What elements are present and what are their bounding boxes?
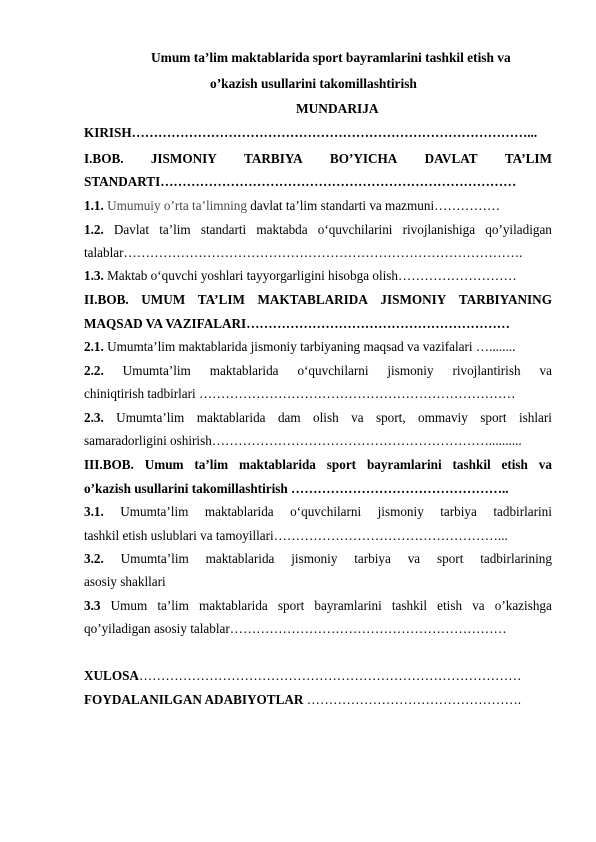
xulosa-label: XULOSA: [84, 668, 139, 683]
word: jismoniy: [378, 504, 424, 520]
toc-entry-chapter-1: I.BOB.JISMONIYTARBIYABO’YICHADAVLATTA’LI…: [84, 151, 552, 167]
word: tarbiya: [440, 504, 477, 520]
word: sport,: [376, 410, 406, 426]
toc-entry-3-1-cont: tashkil etish uslublari va tamoyillari………: [84, 528, 552, 544]
section-number: 1.1.: [84, 198, 104, 213]
word: tashkil: [392, 598, 427, 614]
word: BO’YICHA: [330, 151, 397, 167]
word: UMUM: [141, 292, 185, 308]
word: o‘quvchilarni: [290, 504, 361, 520]
toc-entry-2-3: 2.3.Umumta’limmaktablaridadamolishvaspor…: [84, 410, 552, 426]
toc-entry-2-2-cont: chiniqtirish tadbirlari ……………………………………………: [84, 386, 552, 402]
toc-entry-3-1: 3.1.Umumta’limmaktablaridao‘quvchilarnij…: [84, 504, 552, 520]
toc-entry-chapter-3-cont: o’kazish usullarini takomillashtirish ………: [84, 481, 552, 497]
word: Umum: [111, 598, 148, 614]
word: va: [539, 457, 552, 473]
references-label: FOYDALANILGAN ADABIYOTLAR: [84, 692, 303, 707]
word: ta’lim: [159, 222, 191, 238]
word: TA’LIM: [505, 151, 552, 167]
section-number: 2.2.: [84, 363, 104, 379]
word: Umumta’lim: [120, 504, 188, 520]
word: maktablarida: [206, 551, 275, 567]
toc-entry-3-3-cont: qo’yiladigan asosiy talablar…………………………………: [84, 621, 552, 637]
section-number: I.BOB.: [84, 151, 124, 167]
word: JISMONIY: [380, 292, 446, 308]
word: DAVLAT: [425, 151, 478, 167]
word: ishlari: [519, 410, 552, 426]
word: ommaviy: [418, 410, 468, 426]
word: tarbiya: [354, 551, 391, 567]
toc-entry-chapter-2-cont: MAQSAD VA VAZIFALARI……………………………………………………: [84, 316, 552, 332]
section-number: 1.2.: [84, 222, 104, 238]
word: Umumta’lim: [121, 551, 189, 567]
word: JISMONIY: [151, 151, 217, 167]
word: o’kazishga: [495, 598, 552, 614]
word: Umumta’lim: [123, 363, 191, 379]
word: tadbirlarining: [480, 551, 552, 567]
toc-entry-chapter-2: II.BOB.UMUMTA’LIMMAKTABLARIDAJISMONIYTAR…: [84, 292, 552, 308]
word: maktablarida: [205, 504, 274, 520]
word: maktabda: [256, 222, 307, 238]
toc-entry-1-2: 1.2.Davlatta’limstandartimaktabdao‘quvch…: [84, 222, 552, 238]
word: bayramlarini: [367, 457, 442, 473]
word: Umumta’lim: [116, 410, 184, 426]
section-text: Maktab o‘quvchi yoshlari tayyorgarligini…: [104, 268, 517, 283]
word: bayramlarini: [314, 598, 381, 614]
toc-entry-chapter-1-cont: STANDARTI………………………………………………………………………: [84, 174, 552, 190]
section-number: 3.3: [84, 598, 100, 614]
word: va: [351, 410, 363, 426]
word: qo’yiladigan: [485, 222, 552, 238]
word: sport: [437, 551, 463, 567]
section-number: III.BOB.: [84, 457, 134, 473]
word: maktablarida: [210, 363, 279, 379]
toc-entry-references: FOYDALANILGAN ADABIYOTLAR ………………………………………: [84, 692, 552, 708]
word: TA’LIM: [198, 292, 245, 308]
word: tadbirlarini: [493, 504, 552, 520]
word: tashkil: [453, 457, 491, 473]
section-number: 1.3.: [84, 268, 104, 283]
word: jismoniy: [291, 551, 337, 567]
word: etish: [437, 598, 462, 614]
toc-entry-1-3: 1.3. Maktab o‘quvchi yoshlari tayyorgarl…: [84, 268, 552, 284]
word: olish: [313, 410, 339, 426]
word: TARBIYANING: [459, 292, 552, 308]
leader-dots: ……………………………………………………………………………: [139, 668, 521, 683]
contents-heading: MUNDARIJA: [296, 101, 379, 117]
toc-entry-3-2-cont: asosiy shakllari: [84, 574, 552, 590]
word: rivojlantirish: [452, 363, 520, 379]
document-title-line-1: Umum ta’lim maktablarida sport bayramlar…: [151, 50, 511, 66]
word: Davlat: [114, 222, 149, 238]
word: va: [408, 551, 420, 567]
word: ta’lim: [194, 457, 228, 473]
word: dam: [278, 410, 301, 426]
word: ta’lim: [157, 598, 189, 614]
section-number: 2.1.: [84, 339, 104, 354]
word: MAKTABLARIDA: [257, 292, 367, 308]
document-title-line-2: o’kazish usullarini takomillashtirish: [210, 76, 417, 92]
toc-entry-3-2: 3.2.Umumta’limmaktablaridajismoniytarbiy…: [84, 551, 552, 567]
document-page: Umum ta’lim maktablarida sport bayramlar…: [0, 0, 596, 842]
toc-entry-2-1: 2.1. Umumta’lim maktablarida jismoniy ta…: [84, 339, 552, 355]
section-number: 3.1.: [84, 504, 104, 520]
word: maktablarida: [239, 457, 316, 473]
toc-entry-kirish: KIRISH………………………………………………………………………………...: [84, 125, 552, 141]
word: va: [539, 363, 551, 379]
word: o‘quvchilarini: [318, 222, 393, 238]
word: TARBIYA: [244, 151, 303, 167]
toc-entry-xulosa: XULOSA……………………………………………………………………………: [84, 668, 552, 684]
toc-entry-chapter-3: III.BOB.Umumta’limmaktablaridasportbayra…: [84, 457, 552, 473]
word: sport: [480, 410, 506, 426]
word: va: [472, 598, 484, 614]
section-text: Umumta’lim maktablarida jismoniy tarbiya…: [104, 339, 516, 354]
word: o‘quvchilarni: [297, 363, 368, 379]
word: jismoniy: [387, 363, 433, 379]
toc-entry-2-3-cont: samaradorligini oshirish……………………………………………: [84, 433, 552, 449]
word: rivojlanishiga: [403, 222, 476, 238]
word: etish: [502, 457, 528, 473]
word: standarti: [201, 222, 246, 238]
section-number: II.BOB.: [84, 292, 129, 308]
toc-entry-1-2-cont: talablar……………………………………………………………………………….: [84, 245, 552, 261]
toc-entry-1-1: 1.1. Umumuiy o’rta ta’limning davlat ta’…: [84, 198, 552, 214]
toc-entry-2-2: 2.2.Umumta’limmaktablaridao‘quvchilarnij…: [84, 363, 552, 379]
word: Umum: [145, 457, 184, 473]
word: maktablarida: [199, 598, 268, 614]
word: maktablarida: [197, 410, 266, 426]
leader-dots: ………………………………………….: [303, 692, 521, 707]
toc-entry-3-3: 3.3Umumta’limmaktablaridasportbayramlari…: [84, 598, 552, 614]
word: sport: [327, 457, 356, 473]
section-number: 3.2.: [84, 551, 104, 567]
section-number: 2.3.: [84, 410, 104, 426]
section-text: davlat ta’lim standarti va mazmuni……………: [247, 198, 500, 213]
section-text-highlight: Umumuiy o’rta ta’limning: [104, 198, 247, 213]
word: sport: [278, 598, 304, 614]
